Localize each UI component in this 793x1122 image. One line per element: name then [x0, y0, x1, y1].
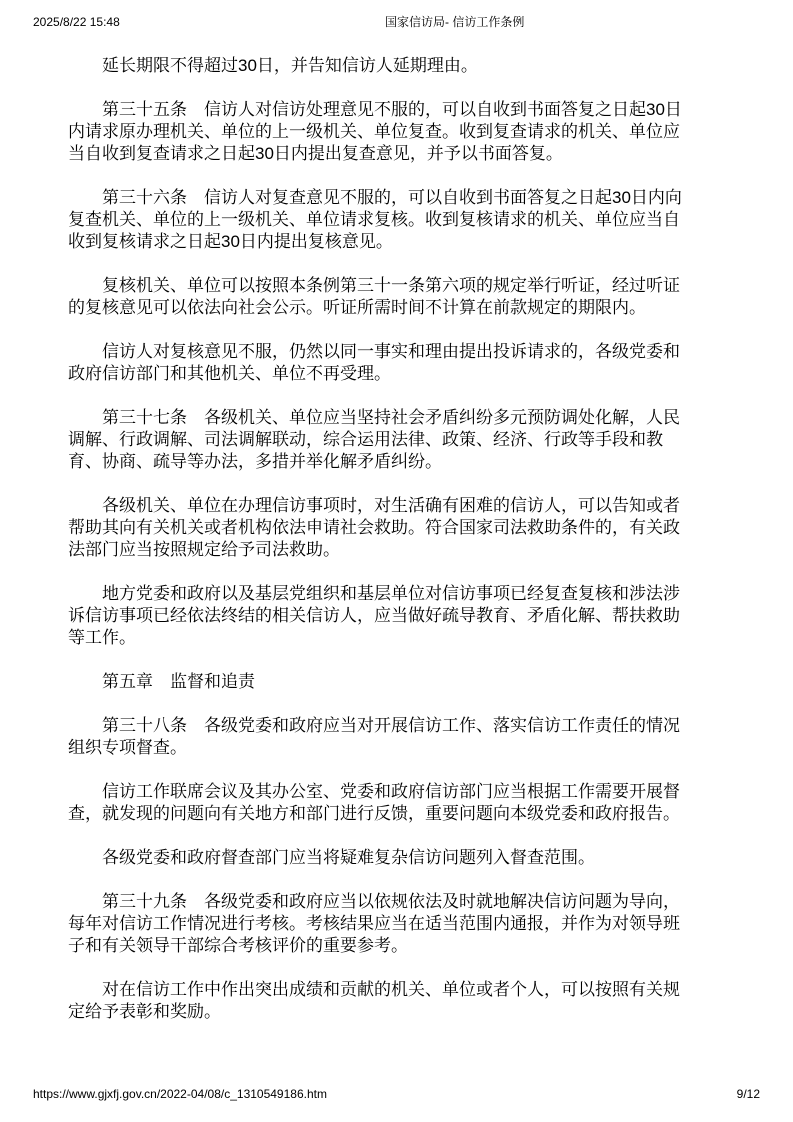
text-line: 第三十八条 各级党委和政府应当对开展信访工作、落实信访工作责任的情况 [68, 715, 728, 737]
text-line: 第三十六条 信访人对复查意见不服的，可以自收到书面答复之日起30日内向 [68, 187, 728, 209]
text-line: 各级机关、单位在办理信访事项时，对生活确有困难的信访人，可以告知或者 [68, 495, 728, 517]
text-line: 的复核意见可以依法向社会公示。听证所需时间不计算在前款规定的期限内。 [68, 297, 728, 319]
paragraph: 第三十六条 信访人对复查意见不服的，可以自收到书面答复之日起30日内向复查机关、… [68, 187, 728, 253]
text-line: 调解、行政调解、司法调解联动，综合运用法律、政策、经济、行政等手段和教 [68, 429, 728, 451]
text-line: 组织专项督查。 [68, 737, 728, 759]
text-line: 地方党委和政府以及基层党组织和基层单位对信访事项已经复查复核和涉法涉 [68, 583, 728, 605]
paragraph: 地方党委和政府以及基层党组织和基层单位对信访事项已经复查复核和涉法涉诉信访事项已… [68, 583, 728, 649]
paragraph: 信访人对复核意见不服，仍然以同一事实和理由提出投诉请求的，各级党委和政府信访部门… [68, 341, 728, 385]
text-line: 等工作。 [68, 627, 728, 649]
print-document-title: 国家信访局- 信访工作条例 [385, 15, 524, 29]
text-line: 每年对信访工作情况进行考核。考核结果应当在适当范围内通报，并作为对领导班 [68, 913, 728, 935]
print-datetime: 2025/8/22 15:48 [33, 15, 120, 29]
source-url: https://www.gjxfj.gov.cn/2022-04/08/c_13… [33, 1087, 327, 1101]
paragraph: 信访工作联席会议及其办公室、党委和政府信访部门应当根据工作需要开展督查，就发现的… [68, 781, 728, 825]
text-line: 各级党委和政府督查部门应当将疑难复杂信访问题列入督查范围。 [68, 847, 728, 869]
paragraph: 第三十九条 各级党委和政府应当以依规依法及时就地解决信访问题为导向，每年对信访工… [68, 891, 728, 957]
text-line: 信访人对复核意见不服，仍然以同一事实和理由提出投诉请求的，各级党委和 [68, 341, 728, 363]
paragraph: 第三十五条 信访人对信访处理意见不服的，可以自收到书面答复之日起30日内请求原办… [68, 99, 728, 165]
paragraph: 第三十七条 各级机关、单位应当坚持社会矛盾纠纷多元预防调处化解，人民调解、行政调… [68, 407, 728, 473]
text-line: 查，就发现的问题向有关地方和部门进行反馈，重要问题向本级党委和政府报告。 [68, 803, 728, 825]
text-line: 收到复核请求之日起30日内提出复核意见。 [68, 231, 728, 253]
text-line: 诉信访事项已经依法终结的相关信访人，应当做好疏导教育、矛盾化解、帮扶救助 [68, 605, 728, 627]
text-line: 信访工作联席会议及其办公室、党委和政府信访部门应当根据工作需要开展督 [68, 781, 728, 803]
paragraph: 各级党委和政府督查部门应当将疑难复杂信访问题列入督查范围。 [68, 847, 728, 869]
text-line: 内请求原办理机关、单位的上一级机关、单位复查。收到复查请求的机关、单位应 [68, 121, 728, 143]
page-number-indicator: 9/12 [737, 1087, 760, 1101]
chapter-heading: 第五章 监督和追责 [68, 671, 728, 693]
paragraph: 第三十八条 各级党委和政府应当对开展信访工作、落实信访工作责任的情况组织专项督查… [68, 715, 728, 759]
text-line: 法部门应当按照规定给予司法救助。 [68, 539, 728, 561]
print-footer: https://www.gjxfj.gov.cn/2022-04/08/c_13… [0, 1087, 793, 1103]
text-line: 育、协商、疏导等办法，多措并举化解矛盾纠纷。 [68, 451, 728, 473]
paragraph: 各级机关、单位在办理信访事项时，对生活确有困难的信访人，可以告知或者帮助其向有关… [68, 495, 728, 561]
text-line: 政府信访部门和其他机关、单位不再受理。 [68, 363, 728, 385]
text-line: 复查机关、单位的上一级机关、单位请求复核。收到复核请求的机关、单位应当自 [68, 209, 728, 231]
text-line: 子和有关领导干部综合考核评价的重要参考。 [68, 935, 728, 957]
document-body: 延长期限不得超过30日，并告知信访人延期理由。第三十五条 信访人对信访处理意见不… [68, 55, 728, 1023]
text-line: 当自收到复查请求之日起30日内提出复查意见，并予以书面答复。 [68, 143, 728, 165]
text-line: 复核机关、单位可以按照本条例第三十一条第六项的规定举行听证，经过听证 [68, 275, 728, 297]
text-line: 延长期限不得超过30日，并告知信访人延期理由。 [68, 55, 728, 77]
text-line: 第五章 监督和追责 [68, 671, 728, 693]
text-line: 第三十七条 各级机关、单位应当坚持社会矛盾纠纷多元预防调处化解，人民 [68, 407, 728, 429]
text-line: 第三十五条 信访人对信访处理意见不服的，可以自收到书面答复之日起30日 [68, 99, 728, 121]
paragraph: 复核机关、单位可以按照本条例第三十一条第六项的规定举行听证，经过听证的复核意见可… [68, 275, 728, 319]
printed-page: 2025/8/22 15:48 国家信访局- 信访工作条例 延长期限不得超过30… [0, 0, 793, 1122]
text-line: 帮助其向有关机关或者机构依法申请社会救助。符合国家司法救助条件的，有关政 [68, 517, 728, 539]
text-line: 第三十九条 各级党委和政府应当以依规依法及时就地解决信访问题为导向， [68, 891, 728, 913]
paragraph: 对在信访工作中作出突出成绩和贡献的机关、单位或者个人，可以按照有关规定给予表彰和… [68, 979, 728, 1023]
print-header: 2025/8/22 15:48 国家信访局- 信访工作条例 [0, 15, 793, 31]
paragraph: 延长期限不得超过30日，并告知信访人延期理由。 [68, 55, 728, 77]
text-line: 定给予表彰和奖励。 [68, 1001, 728, 1023]
text-line: 对在信访工作中作出突出成绩和贡献的机关、单位或者个人，可以按照有关规 [68, 979, 728, 1001]
